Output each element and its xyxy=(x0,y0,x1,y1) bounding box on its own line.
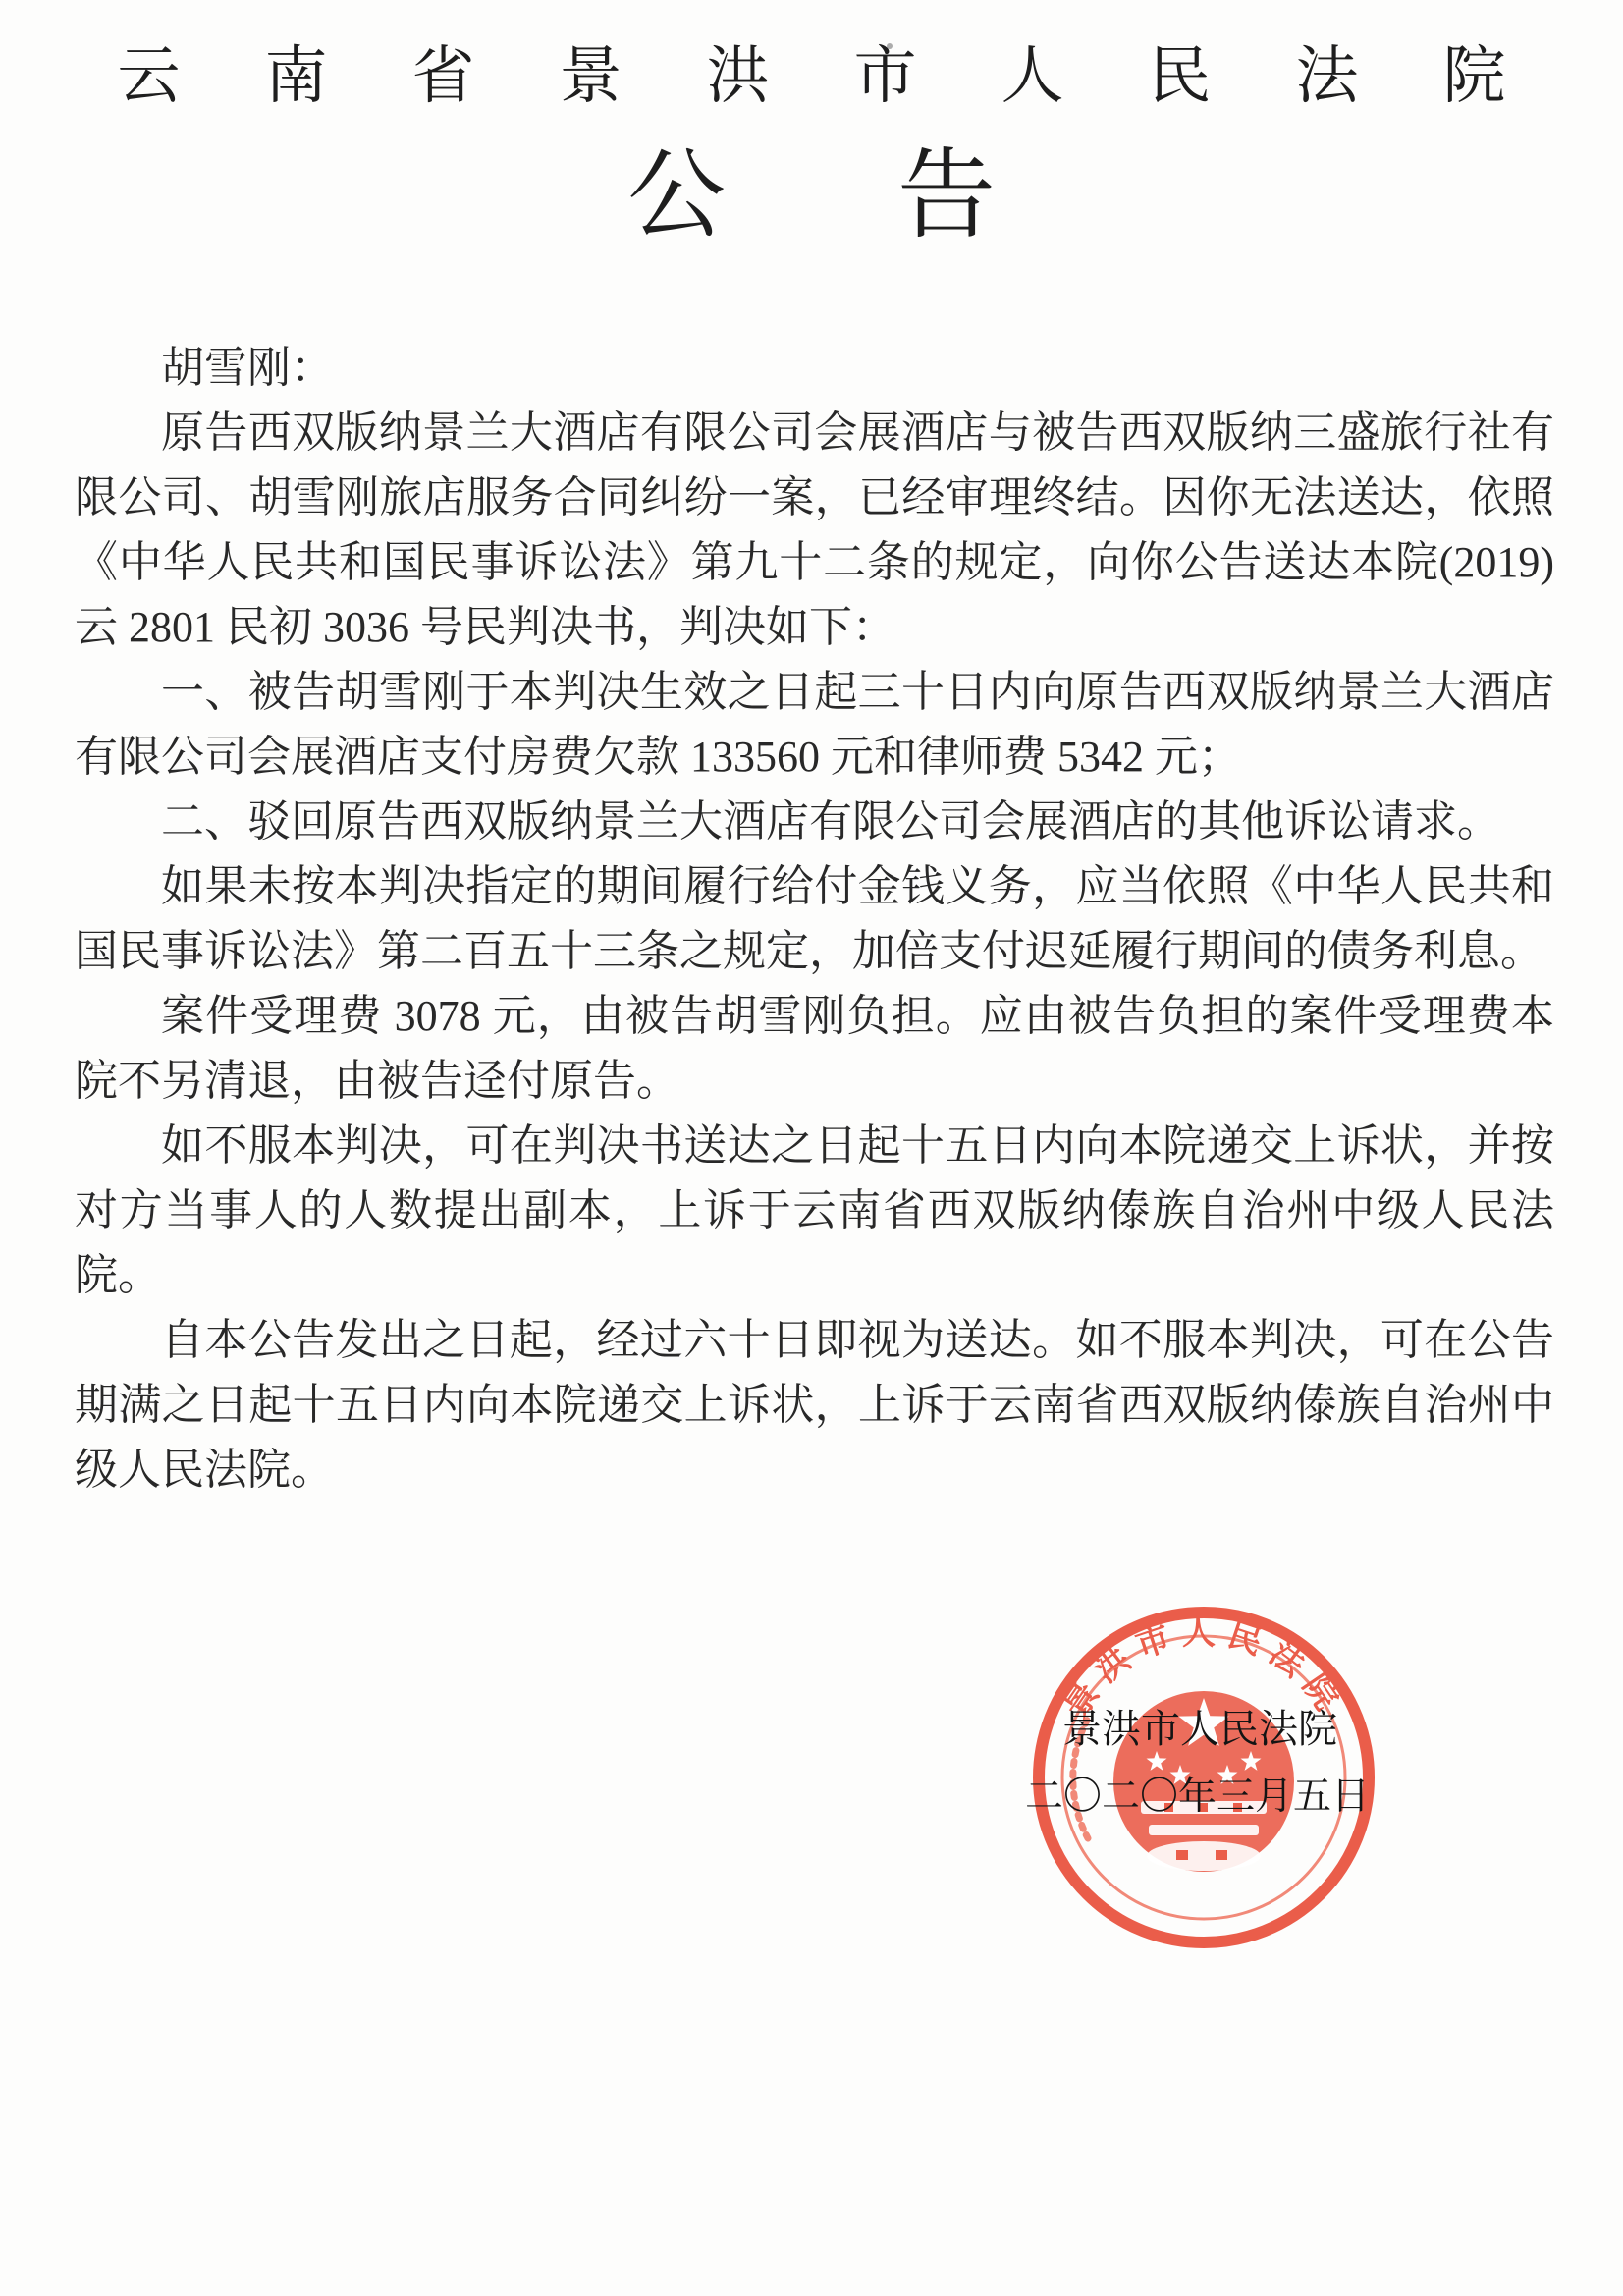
paragraph-judgment-item-1: 一、被告胡雪刚于本判决生效之日起三十日内向原告西双版纳景兰大酒店有限公司会展酒店… xyxy=(75,660,1554,790)
paragraph-appeal-rights: 如不服本判决，可在判决书送达之日起十五日内向本院递交上诉状，并按对方当事人的人数… xyxy=(75,1114,1554,1308)
paragraph-judgment-item-2: 二、驳回原告西双版纳景兰大酒店有限公司会展酒店的其他诉讼请求。 xyxy=(75,790,1554,854)
seal-date-text: 二〇二〇年三月五日 xyxy=(1025,1777,1370,1816)
seal-court-name-text: 景洪市人民法院 xyxy=(1062,1710,1337,1749)
paragraph-service-period: 自本公告发出之日起，经过六十日即视为送达。如不服本判决，可在公告期满之日起十五日… xyxy=(75,1308,1554,1503)
court-title: 云南省景洪市人民法院 xyxy=(0,45,1623,108)
paragraph-case-summary: 原告西双版纳景兰大酒店有限公司会展酒店与被告西双版纳三盛旅行社有限公司、胡雪刚旅… xyxy=(75,401,1554,660)
court-announcement-document: 云南省景洪市人民法院 公告 胡雪刚： 原告西双版纳景兰大酒店有限公司会展酒店与被… xyxy=(0,0,1623,2296)
paragraph-late-payment-clause: 如果未按本判决指定的期间履行给付金钱义务，应当依照《中华人民共和国民事诉讼法》第… xyxy=(75,854,1554,984)
document-title: 公告 xyxy=(0,147,1623,246)
paragraph-court-fee: 案件受理费 3078 元，由被告胡雪刚负担。应由被告负担的案件受理费本院不另清退… xyxy=(75,984,1554,1114)
addressee-line: 胡雪刚： xyxy=(75,336,1554,401)
scan-artifact-dot xyxy=(887,43,893,49)
announcement-body: 胡雪刚： 原告西双版纳景兰大酒店有限公司会展酒店与被告西双版纳三盛旅行社有限公司… xyxy=(75,336,1554,1503)
